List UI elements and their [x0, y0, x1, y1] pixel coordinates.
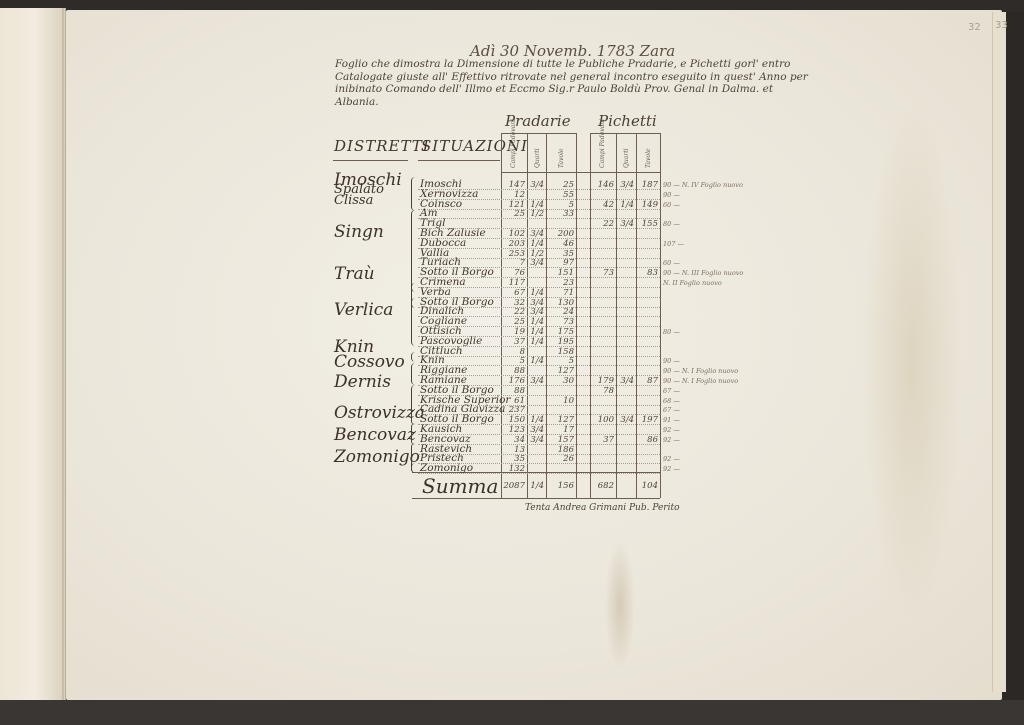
- subheader-quarti: Quarti: [623, 148, 630, 168]
- district-label: Cossovo: [334, 352, 405, 372]
- cell-p-campi: 5: [500, 356, 525, 366]
- cell-p-tavole: 97: [547, 258, 574, 268]
- cell-p-tavole: 23: [547, 278, 574, 288]
- cell-p-tavole: 5: [547, 356, 574, 366]
- cell-p-campi: 132: [500, 464, 525, 474]
- cell-p-campi: 12: [500, 190, 525, 200]
- total-label: Summa: [422, 474, 498, 498]
- margin-note: 90 — N. I Foglio nuovo: [663, 367, 738, 375]
- cell-c-campi: 179: [590, 376, 614, 386]
- cell-p-tavole: 25: [547, 180, 574, 190]
- cell-p-quarti: 1/4: [528, 239, 544, 249]
- grouping-brace: [411, 298, 416, 346]
- cell-p-quarti: 1/4: [528, 356, 544, 366]
- cell-c-quarti: 3/4: [617, 180, 634, 190]
- cell-p-tavole: 195: [547, 337, 574, 347]
- cell-p-tavole: 30: [547, 376, 574, 386]
- cell-p-campi: 22: [500, 307, 525, 317]
- signature: Tenta Andrea Grimani Pub. Perito: [525, 503, 680, 513]
- cell-c-quarti: 3/4: [617, 219, 634, 229]
- cell-p-campi: 35: [500, 454, 525, 464]
- total-pradarie-tavole: 156: [547, 481, 574, 491]
- margin-note: 80 —: [663, 220, 680, 228]
- district-label: Zomonigo: [334, 447, 420, 467]
- grouping-brace: [411, 210, 416, 292]
- page-crease: [62, 8, 64, 708]
- cell-p-quarti: 3/4: [528, 425, 544, 435]
- cell-p-campi: 19: [500, 327, 525, 337]
- district-label: Dernis: [334, 372, 391, 392]
- header-rule: [418, 160, 500, 161]
- cell-p-quarti: 1/4: [528, 317, 544, 327]
- cell-p-tavole: 5: [547, 200, 574, 210]
- cell-p-tavole: 157: [547, 435, 574, 445]
- total-pichetti-tavole: 104: [636, 481, 658, 491]
- place-name: Zomonigo: [420, 462, 473, 474]
- district-label: Traù: [334, 264, 375, 284]
- cell-p-campi: 203: [500, 239, 525, 249]
- cell-c-campi: 22: [590, 219, 614, 229]
- cell-p-campi: 123: [500, 425, 525, 435]
- grouping-brace: [411, 363, 416, 385]
- left-page-leaf: [0, 8, 66, 708]
- cell-p-tavole: 35: [547, 249, 574, 259]
- cell-p-campi: 25: [500, 209, 525, 219]
- scan-background-bottom: [0, 700, 1024, 725]
- margin-note: 68 —: [663, 397, 680, 405]
- cell-c-campi: 42: [590, 200, 614, 210]
- cell-p-campi: 102: [500, 229, 525, 239]
- cell-p-tavole: 71: [547, 288, 574, 298]
- margin-note: 90 —: [663, 357, 680, 365]
- subheader-tavole: Tavole: [558, 148, 565, 168]
- subheader-campi: Campi Padovani: [510, 119, 517, 168]
- cell-c-tavole: 155: [636, 219, 658, 229]
- grouping-brace: [411, 177, 416, 211]
- cell-p-campi: 117: [500, 278, 525, 288]
- cell-p-campi: 37: [500, 337, 525, 347]
- cell-c-tavole: 187: [636, 180, 658, 190]
- cell-p-quarti: 3/4: [528, 258, 544, 268]
- cell-p-quarti: 1/4: [528, 327, 544, 337]
- cell-p-campi: 176: [500, 376, 525, 386]
- district-label: Clissa: [334, 193, 373, 208]
- cell-p-tavole: 127: [547, 366, 574, 376]
- intro-text: Foglio che dimostra la Dimensione di tut…: [335, 58, 815, 108]
- cell-p-campi: 8: [500, 347, 525, 357]
- cell-p-quarti: 1/2: [528, 209, 544, 219]
- cell-p-tavole: 33: [547, 209, 574, 219]
- cell-p-tavole: 200: [547, 229, 574, 239]
- margin-note: 60 —: [663, 259, 680, 267]
- margin-note: 90 — N. I Foglio nuovo: [663, 377, 738, 385]
- cell-p-tavole: 10: [547, 396, 574, 406]
- margin-note: 67 —: [663, 406, 680, 414]
- cell-p-quarti: 1/4: [528, 288, 544, 298]
- cell-p-campi: 253: [500, 249, 525, 259]
- cell-p-quarti: 1/4: [528, 415, 544, 425]
- cell-p-campi: 7: [500, 258, 525, 268]
- cell-p-quarti: 3/4: [528, 298, 544, 308]
- total-pradarie-quarti: 1/4: [528, 481, 544, 491]
- cell-p-campi: 67: [500, 288, 525, 298]
- cell-p-campi: 13: [500, 445, 525, 455]
- subheader-campi: Campi Padovani: [599, 119, 606, 168]
- cell-c-tavole: 83: [636, 268, 658, 278]
- margin-note: 60 —: [663, 201, 680, 209]
- cell-p-quarti: 1/4: [528, 200, 544, 210]
- cell-c-campi: 78: [590, 386, 614, 396]
- cell-p-tavole: 46: [547, 239, 574, 249]
- cell-p-quarti: 1/2: [528, 249, 544, 259]
- folio-number: 32: [968, 22, 981, 33]
- cell-c-campi: 146: [590, 180, 614, 190]
- cell-p-tavole: 24: [547, 307, 574, 317]
- cell-c-campi: 100: [590, 415, 614, 425]
- cell-p-campi: 76: [500, 268, 525, 278]
- cell-c-quarti: 3/4: [617, 376, 634, 386]
- margin-note: 67 —: [663, 387, 680, 395]
- cell-c-quarti: 1/4: [617, 200, 634, 210]
- cell-p-campi: 32: [500, 298, 525, 308]
- cell-c-tavole: 86: [636, 435, 658, 445]
- grouping-brace: [411, 463, 416, 473]
- subheader-quarti: Quarti: [534, 148, 541, 168]
- cell-c-tavole: 197: [636, 415, 658, 425]
- cell-p-campi: 147: [500, 180, 525, 190]
- margin-note: 90 — N. III Foglio nuovo: [663, 269, 743, 277]
- cell-p-tavole: 26: [547, 454, 574, 464]
- margin-note: 80 —: [663, 328, 680, 336]
- margin-note: 92 —: [663, 426, 680, 434]
- cell-p-quarti: 3/4: [528, 307, 544, 317]
- margin-note: 92 —: [663, 455, 680, 463]
- cell-p-tavole: 55: [547, 190, 574, 200]
- cell-p-tavole: 158: [547, 347, 574, 357]
- column-divider: [660, 133, 661, 498]
- cell-p-tavole: 73: [547, 317, 574, 327]
- cell-p-campi: 150: [500, 415, 525, 425]
- cell-p-quarti: 3/4: [528, 376, 544, 386]
- group-header-pichetti: Pichetti: [598, 112, 657, 130]
- margin-note: 92 —: [663, 465, 680, 473]
- cell-p-campi: 88: [500, 366, 525, 376]
- margin-note: 91 —: [663, 416, 680, 424]
- cell-p-campi: 34: [500, 435, 525, 445]
- cell-p-quarti: 3/4: [528, 435, 544, 445]
- grouping-brace: [411, 352, 416, 362]
- total-pichetti-campi: 682: [590, 481, 614, 491]
- margin-note: N. II Foglio nuovo: [663, 279, 722, 287]
- cell-p-campi: 237: [500, 405, 525, 415]
- district-label: Singn: [334, 222, 384, 242]
- cell-c-campi: 73: [590, 268, 614, 278]
- cell-c-quarti: 3/4: [617, 415, 634, 425]
- total-bottom-rule: [412, 498, 660, 499]
- cell-c-tavole: 149: [636, 200, 658, 210]
- cell-p-campi: 121: [500, 200, 525, 210]
- cell-p-quarti: 1/4: [528, 337, 544, 347]
- cell-c-campi: 37: [590, 435, 614, 445]
- cell-p-tavole: 130: [547, 298, 574, 308]
- grouping-brace: [411, 385, 416, 425]
- water-stain: [605, 540, 635, 670]
- margin-note: 107 —: [663, 240, 684, 248]
- total-pradarie-campi: 2087: [500, 481, 525, 491]
- cell-p-quarti: 3/4: [528, 180, 544, 190]
- subheader-tavole: Tavole: [645, 148, 652, 168]
- next-page-edge: [992, 12, 1006, 692]
- cell-p-campi: 25: [500, 317, 525, 327]
- grouping-brace: [411, 423, 416, 445]
- margin-note: 90 —: [663, 191, 680, 199]
- cell-p-quarti: 3/4: [528, 229, 544, 239]
- margin-note: 92 —: [663, 436, 680, 444]
- cell-p-tavole: 186: [547, 445, 574, 455]
- column-header-distretti: DISTRETTI: [334, 137, 430, 155]
- header-rule: [333, 160, 408, 161]
- cell-p-tavole: 17: [547, 425, 574, 435]
- margin-note: 90 — N. IV Foglio nuovo: [663, 181, 743, 189]
- cell-p-tavole: 127: [547, 415, 574, 425]
- cell-p-tavole: 151: [547, 268, 574, 278]
- cell-c-tavole: 87: [636, 376, 658, 386]
- folio-number-next: 33: [995, 20, 1008, 31]
- district-label: Bencovaz: [334, 425, 416, 445]
- cell-p-tavole: 175: [547, 327, 574, 337]
- district-label: Verlica: [334, 300, 393, 320]
